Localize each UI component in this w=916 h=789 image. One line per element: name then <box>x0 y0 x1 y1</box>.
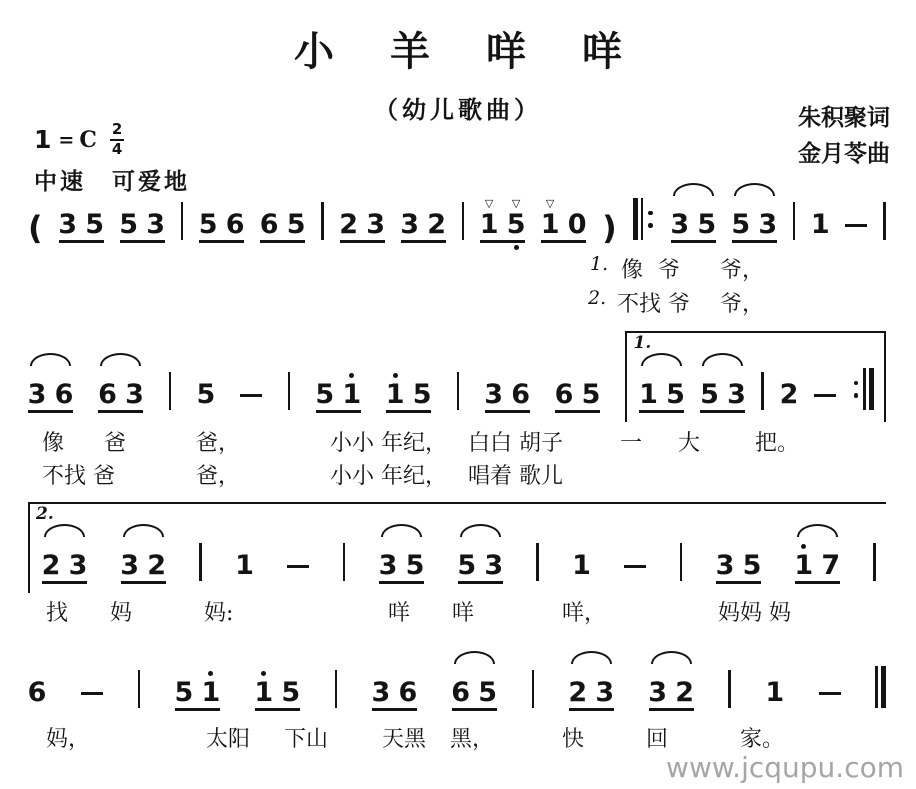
slur-arc-icon <box>782 353 796 366</box>
low-octave-slot <box>716 584 734 593</box>
note-digit: 5 <box>85 210 104 240</box>
slur-arc-icon <box>482 183 523 196</box>
score-area: (355356652332▽1▽5▽10)3553136635511536651… <box>0 0 916 789</box>
low-octave-slot <box>316 413 334 422</box>
lyric-fragment: 家。 <box>740 722 784 753</box>
low-octave-slot <box>86 243 104 252</box>
barline <box>169 372 172 410</box>
note: 5 <box>287 196 305 240</box>
note-group: ▽1▽5 <box>480 183 525 252</box>
note-digit: 3 <box>366 210 385 240</box>
note: 6 <box>512 366 530 410</box>
low-octave-slot <box>120 243 138 252</box>
low-octave-slot <box>666 413 684 422</box>
repeat-end-barline <box>852 368 874 410</box>
slur-arc-icon <box>199 353 213 366</box>
note-digit: 5 <box>199 210 218 240</box>
note-digit: 2 <box>427 210 446 240</box>
note-digit: 6 <box>555 380 574 410</box>
note: ▽1 <box>480 196 498 240</box>
volta-content: 15532 <box>639 353 874 422</box>
note: 6 <box>555 366 573 410</box>
low-octave-slot <box>147 243 165 252</box>
slur-arc-icon <box>403 183 444 196</box>
low-octave-row <box>199 243 244 252</box>
note-digit: 5 <box>582 380 601 410</box>
note-digit: 3 <box>379 551 398 581</box>
repeat-dot <box>854 381 859 386</box>
note-group: 1 <box>573 524 591 593</box>
lyric-fragment: 小小 年纪， <box>330 459 447 490</box>
low-octave-row <box>569 711 614 720</box>
low-octave-slot <box>743 584 761 593</box>
note-group: ▽10 <box>541 183 586 252</box>
note-digit: 3 <box>58 210 77 240</box>
barline <box>532 670 535 708</box>
lyric-fragment: 小小 年纪， <box>330 426 447 457</box>
thick-bar <box>869 368 874 410</box>
low-octave-row <box>795 584 840 593</box>
note-group: 23 <box>569 651 614 720</box>
note: 5 <box>199 196 217 240</box>
note-group: 53 <box>458 524 503 593</box>
lyric-fragment: 妈: <box>204 596 233 627</box>
lyric-fragment: 爸， <box>196 426 240 457</box>
note-row: 36 <box>372 664 417 708</box>
low-octave-slot <box>485 584 503 593</box>
note: 5 <box>406 537 424 581</box>
note-row: 1 <box>766 664 784 708</box>
lyric-fragment: 白白 胡子 <box>468 426 563 457</box>
note-row: 65 <box>260 196 305 240</box>
barline <box>873 543 876 581</box>
accent-triangle-icon: ▽ <box>512 196 520 210</box>
note-group: 36 <box>485 353 530 422</box>
note: 1 <box>236 537 254 581</box>
note-group: 63 <box>98 353 143 422</box>
lyric-fragment: 天黑 <box>382 722 426 753</box>
note-digit: 2 <box>147 551 166 581</box>
watermark: www.jcqupu.com <box>666 751 904 784</box>
low-octave-slot <box>732 243 750 252</box>
note-digit: 6 <box>226 210 245 240</box>
lyric-fragment: 咩 <box>452 596 474 627</box>
barline <box>343 543 346 581</box>
note-row: 15 <box>255 664 300 708</box>
note-group: 15 <box>639 353 684 422</box>
low-octave-slot <box>197 413 215 422</box>
lyric-fragment: 1. <box>590 253 608 275</box>
note-row: 23 <box>42 537 87 581</box>
octave-mark-slot <box>349 366 354 380</box>
note-group: 35 <box>59 183 104 252</box>
note-row: 51 <box>316 366 361 410</box>
low-octave-row <box>255 711 300 720</box>
note: 3 <box>671 196 689 240</box>
note: 1 <box>343 366 361 410</box>
note-group: 2 <box>780 353 798 422</box>
note-row: 35 <box>716 537 761 581</box>
lyric-fragment: 咩 <box>388 596 410 627</box>
low-octave-slot <box>512 413 530 422</box>
low-octave-slot <box>69 584 87 593</box>
note: 7 <box>822 537 840 581</box>
note-row: 15 <box>639 366 684 410</box>
note-digit: 5 <box>281 678 300 708</box>
note: 5 <box>175 664 193 708</box>
note: 3 <box>372 664 390 708</box>
low-octave-row <box>42 584 87 593</box>
note: 3 <box>727 366 745 410</box>
low-octave-slot <box>541 243 559 252</box>
lyric-fragment: 爸， <box>196 459 240 490</box>
high-octave-dot <box>801 544 806 549</box>
note: 3 <box>121 537 139 581</box>
low-octave-slot <box>766 711 784 720</box>
note-row: 35 <box>671 196 716 240</box>
note-digit: 3 <box>120 551 139 581</box>
low-octave-row <box>401 243 446 252</box>
note-group: 53 <box>120 183 165 252</box>
note-digit: 2 <box>339 210 358 240</box>
thick-bar <box>881 666 886 708</box>
note-digit: 1 <box>541 210 560 240</box>
thick-bar <box>633 198 638 240</box>
note-group: 17 <box>795 524 840 593</box>
volta-bracket: 2.23321355313517 <box>28 502 886 593</box>
note-digit: 6 <box>451 678 470 708</box>
note-row: 1 <box>811 196 829 240</box>
note: 1 <box>202 664 220 708</box>
note: 5 <box>413 366 431 410</box>
low-octave-slot <box>202 711 220 720</box>
note-row: 36 <box>28 366 73 410</box>
low-octave-row <box>386 413 431 422</box>
slur-arc-icon <box>454 651 495 664</box>
low-octave-slot <box>379 584 397 593</box>
note-digit: 1 <box>811 210 830 240</box>
note-row: 1 <box>573 537 591 581</box>
low-octave-slot <box>98 413 116 422</box>
barline <box>288 372 291 410</box>
slur-arc-icon <box>543 183 584 196</box>
note-group: 56 <box>199 183 244 252</box>
thin-bar <box>641 198 644 240</box>
parenthesis: ( <box>28 212 43 244</box>
note-digit: 5 <box>666 380 685 410</box>
note-digit: 1 <box>572 551 591 581</box>
note: ▽5 <box>507 196 525 240</box>
note-digit: 2 <box>568 678 587 708</box>
low-octave-slot <box>367 243 385 252</box>
note-digit: 3 <box>595 678 614 708</box>
note: 3 <box>596 664 614 708</box>
slur-arc-icon <box>262 183 303 196</box>
low-octave-row <box>671 243 716 252</box>
low-octave-slot <box>399 711 417 720</box>
low-octave-row <box>236 584 254 593</box>
note-digit: 3 <box>371 678 390 708</box>
note-group: 65 <box>260 183 305 252</box>
note-digit: 5 <box>457 551 476 581</box>
final-barline <box>875 666 886 708</box>
low-octave-slot <box>507 243 525 252</box>
low-octave-row <box>340 243 385 252</box>
note-row: ▽10 <box>541 196 586 240</box>
low-octave-slot <box>485 413 503 422</box>
note-digit: 3 <box>69 551 88 581</box>
barline <box>761 372 764 410</box>
note-digit: 3 <box>670 210 689 240</box>
lyric-fragment: 把。 <box>755 426 799 457</box>
note-group: 51 <box>175 651 220 720</box>
note-row: 17 <box>795 537 840 581</box>
note-row: 53 <box>700 366 745 410</box>
note-row: ▽1▽5 <box>480 196 525 240</box>
note-row: 6 <box>28 664 46 708</box>
slur-arc-icon <box>342 183 383 196</box>
low-octave-row <box>175 711 220 720</box>
repeat-dot <box>648 211 653 216</box>
volta-content: 23321355313517 <box>42 524 876 593</box>
low-octave-slot <box>236 584 254 593</box>
low-octave-slot <box>568 243 586 252</box>
note: 5 <box>732 196 750 240</box>
barline <box>138 670 141 708</box>
duration-dash <box>81 692 103 696</box>
low-octave-slot <box>452 711 470 720</box>
octave-mark-slot <box>393 366 398 380</box>
note-row: 53 <box>732 196 777 240</box>
accent-triangle-icon: ▽ <box>546 196 554 210</box>
music-line-1: (355356652332▽1▽5▽10)35531 <box>28 182 886 252</box>
note-digit: 5 <box>119 210 138 240</box>
note-row: 35 <box>379 537 424 581</box>
low-octave-slot <box>199 243 217 252</box>
note-digit: 3 <box>400 210 419 240</box>
low-octave-slot <box>700 413 718 422</box>
low-octave-row <box>716 584 761 593</box>
high-octave-dot <box>393 373 398 378</box>
slur-arc-icon <box>61 183 102 196</box>
note-group: 23 <box>340 183 385 252</box>
duration-dash <box>814 394 836 398</box>
volta-bracket: 1.15532 <box>625 331 886 422</box>
low-octave-row <box>649 711 694 720</box>
volta-label: 2. <box>36 504 54 524</box>
note-digit: 1 <box>794 551 813 581</box>
note: 1 <box>795 537 813 581</box>
note-group: 35 <box>671 183 716 252</box>
lyric-fragment: 一 <box>620 426 642 457</box>
duration-dash <box>624 565 646 569</box>
note: 2 <box>340 196 358 240</box>
note: 3 <box>59 196 77 240</box>
slur-arc-icon <box>702 353 743 366</box>
low-octave-row <box>59 243 104 252</box>
note-group: 53 <box>700 353 745 422</box>
octave-mark-slot <box>801 537 806 551</box>
note: 3 <box>69 537 87 581</box>
lyric-fragment: 爷， <box>720 287 764 318</box>
high-octave-dot <box>349 373 354 378</box>
slur-arc-icon <box>374 651 415 664</box>
note-digit: 2 <box>780 380 799 410</box>
note-digit: 2 <box>675 678 694 708</box>
note: 3 <box>485 366 503 410</box>
note-group: 15 <box>255 651 300 720</box>
barline <box>793 202 796 240</box>
low-octave-slot <box>386 413 404 422</box>
note-group: 35 <box>716 524 761 593</box>
note-group: 5 <box>197 353 215 422</box>
low-octave-slot <box>260 243 278 252</box>
lyric-fragment: 太阳 <box>206 722 250 753</box>
note-digit: 5 <box>731 210 750 240</box>
slur-arc-icon <box>575 524 589 537</box>
note-digit: 5 <box>478 678 497 708</box>
note: 6 <box>452 664 470 708</box>
note-digit: 6 <box>260 210 279 240</box>
note-digit: 1 <box>254 678 273 708</box>
low-octave-row <box>732 243 777 252</box>
low-octave-slot <box>413 413 431 422</box>
slur-arc-icon <box>388 353 429 366</box>
note: 6 <box>226 196 244 240</box>
note: 3 <box>485 537 503 581</box>
lyric-fragment: 妈 <box>110 596 132 627</box>
slur-arc-icon <box>487 353 528 366</box>
barline <box>462 202 465 240</box>
note: 6 <box>399 664 417 708</box>
note: 0 <box>568 196 586 240</box>
slur-arc-icon <box>571 651 612 664</box>
note-digit: 5 <box>175 678 194 708</box>
note-row: 35 <box>59 196 104 240</box>
low-octave-slot <box>479 711 497 720</box>
low-octave-slot <box>596 711 614 720</box>
low-octave-row <box>452 711 497 720</box>
note-row: 65 <box>555 366 600 410</box>
note: 6 <box>260 196 278 240</box>
low-octave-slot <box>372 711 390 720</box>
repeat-dots <box>854 381 859 398</box>
note-digit: 5 <box>315 380 334 410</box>
octave-mark-slot <box>261 664 266 678</box>
note-digit: 2 <box>42 551 61 581</box>
note-group: 32 <box>121 524 166 593</box>
note: 5 <box>582 366 600 410</box>
thin-bar <box>863 368 866 410</box>
note-digit: 0 <box>568 210 587 240</box>
music-line-3: 2.23321355313517 <box>28 523 886 593</box>
note: 3 <box>147 196 165 240</box>
note-digit: 1 <box>480 210 499 240</box>
low-octave-slot <box>569 711 587 720</box>
low-octave-slot <box>811 243 829 252</box>
note-row: 15 <box>386 366 431 410</box>
note: 3 <box>759 196 777 240</box>
lyric-fragment: 爷， <box>720 253 764 284</box>
low-octave-slot <box>480 243 498 252</box>
note-row: 63 <box>98 366 143 410</box>
low-octave-slot <box>555 413 573 422</box>
low-octave-row <box>372 711 417 720</box>
note-row: 36 <box>485 366 530 410</box>
note-digit: 3 <box>125 380 144 410</box>
low-octave-slot <box>340 243 358 252</box>
note-digit: 3 <box>146 210 165 240</box>
slur-arc-icon <box>123 524 164 537</box>
note: 3 <box>716 537 734 581</box>
note-row: 23 <box>569 664 614 708</box>
note: 3 <box>649 664 667 708</box>
low-octave-slot <box>28 413 46 422</box>
low-octave-slot <box>28 711 46 720</box>
note: 6 <box>28 664 46 708</box>
note-digit: 5 <box>743 551 762 581</box>
low-octave-row <box>121 584 166 593</box>
note: 3 <box>401 196 419 240</box>
lyric-fragment: 下山 <box>284 722 328 753</box>
note: 3 <box>28 366 46 410</box>
note: 5 <box>282 664 300 708</box>
note: ▽1 <box>541 196 559 240</box>
note-digit: 5 <box>287 210 306 240</box>
barline <box>321 202 324 240</box>
low-octave-row <box>316 413 361 422</box>
low-octave-slot <box>649 711 667 720</box>
note-group: 23 <box>42 524 87 593</box>
note: 2 <box>428 196 446 240</box>
lyric-fragment: 大 <box>678 426 700 457</box>
note-digit: 5 <box>697 210 716 240</box>
note: 5 <box>698 196 716 240</box>
music-line-2: 36635511536651.15532 <box>28 352 886 422</box>
low-octave-row <box>197 413 215 422</box>
low-octave-slot <box>573 584 591 593</box>
slur-arc-icon <box>30 651 44 664</box>
slur-arc-icon <box>318 353 359 366</box>
note: 2 <box>148 537 166 581</box>
note-row: 32 <box>121 537 166 581</box>
low-octave-row <box>98 413 143 422</box>
thin-bar <box>875 666 878 708</box>
lyric-fragment: 唱着 歌儿 <box>468 459 563 490</box>
barline <box>181 202 184 240</box>
note-digit: 5 <box>507 210 526 240</box>
slur-arc-icon <box>557 353 598 366</box>
low-octave-slot <box>698 243 716 252</box>
low-octave-dot <box>514 245 519 250</box>
low-octave-slot <box>55 413 73 422</box>
slur-arc-icon <box>651 651 692 664</box>
note: 2 <box>780 366 798 410</box>
low-octave-row <box>555 413 600 422</box>
low-octave-slot <box>639 413 657 422</box>
low-octave-row <box>260 243 305 252</box>
duration-dash <box>819 692 841 696</box>
note-group: 1 <box>236 524 254 593</box>
note-group: 51 <box>316 353 361 422</box>
accent-triangle-icon: ▽ <box>485 196 493 210</box>
low-octave-row <box>700 413 745 422</box>
note: 5 <box>666 366 684 410</box>
barline <box>883 202 886 240</box>
low-octave-slot <box>226 243 244 252</box>
slur-arc-icon <box>768 651 782 664</box>
lyric-fragment: 黑， <box>450 722 494 753</box>
